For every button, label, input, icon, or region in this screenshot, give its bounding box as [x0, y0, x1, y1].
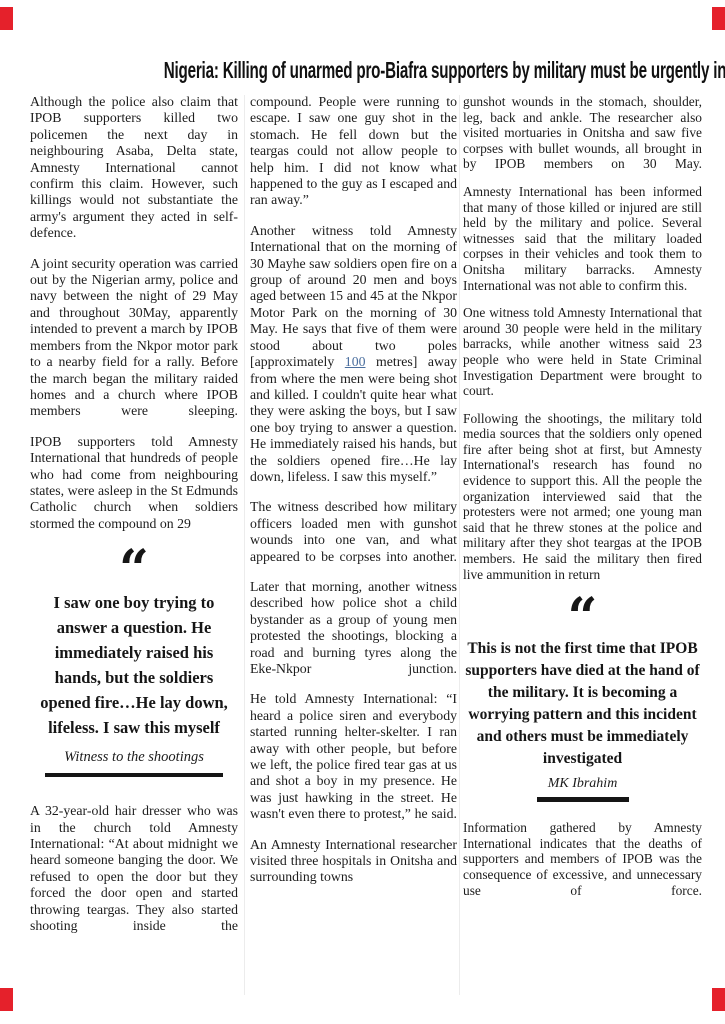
- quote-mark-icon: “: [30, 548, 238, 590]
- column-1: Although the police also claim that IPOB…: [30, 94, 238, 948]
- paragraph: compound. People were running to escape.…: [250, 94, 457, 209]
- column-divider: [244, 95, 245, 995]
- paragraph: A joint security operation was carried o…: [30, 256, 238, 420]
- quote-mark-icon: “: [463, 596, 702, 638]
- article-title-container: Nigeria: Killing of unarmed pro-Biafra s…: [0, 57, 725, 84]
- pull-quote-text: This is not the first time that IPOB sup…: [463, 638, 702, 770]
- paragraph-text: Another witness told Amnesty Internation…: [250, 223, 457, 369]
- paragraph: Later that morning, another witness desc…: [250, 579, 457, 677]
- paragraph: A 32-year-old hair dresser who was in th…: [30, 803, 238, 934]
- article-page: Nigeria: Killing of unarmed pro-Biafra s…: [0, 0, 725, 1024]
- pull-quote-witness: “ I saw one boy trying to answer a quest…: [30, 548, 238, 777]
- pull-quote-attribution: Witness to the shootings: [30, 749, 238, 766]
- corner-mark-bottom-right: [712, 988, 725, 1011]
- column-divider: [459, 95, 460, 995]
- paragraph: IPOB supporters told Amnesty Internation…: [30, 434, 238, 532]
- corner-mark-top-right: [712, 7, 725, 30]
- pull-quote-attribution: MK Ibrahim: [463, 776, 702, 792]
- paragraph: Following the shootings, the military to…: [463, 411, 702, 583]
- pull-quote-rule: [537, 797, 629, 802]
- paragraph: Another witness told Amnesty Internation…: [250, 223, 457, 486]
- paragraph-text: metres] away from where the men were bei…: [250, 354, 457, 484]
- paragraph: gunshot wounds in the stomach, shoulder,…: [463, 94, 702, 172]
- column-2: compound. People were running to escape.…: [250, 94, 457, 900]
- corner-mark-bottom-left: [0, 988, 13, 1011]
- paragraph: Although the police also claim that IPOB…: [30, 94, 238, 242]
- paragraph: An Amnesty International researcher visi…: [250, 837, 457, 886]
- paragraph: Information gathered by Amnesty Internat…: [463, 820, 702, 898]
- corner-mark-top-left: [0, 7, 13, 30]
- column-3: gunshot wounds in the stomach, shoulder,…: [463, 94, 702, 910]
- article-title: Nigeria: Killing of unarmed pro-Biafra s…: [164, 57, 725, 84]
- paragraph: One witness told Amnesty International t…: [463, 305, 702, 399]
- paragraph: The witness described how military offic…: [250, 499, 457, 565]
- pull-quote-text: I saw one boy trying to answer a questio…: [30, 590, 238, 740]
- pull-quote-rule: [45, 773, 223, 777]
- paragraph: Amnesty International has been informed …: [463, 184, 702, 293]
- pull-quote-ibrahim: “ This is not the first time that IPOB s…: [463, 596, 702, 802]
- paragraph: He told Amnesty International: “I heard …: [250, 691, 457, 822]
- metres-link[interactable]: 100: [345, 354, 366, 369]
